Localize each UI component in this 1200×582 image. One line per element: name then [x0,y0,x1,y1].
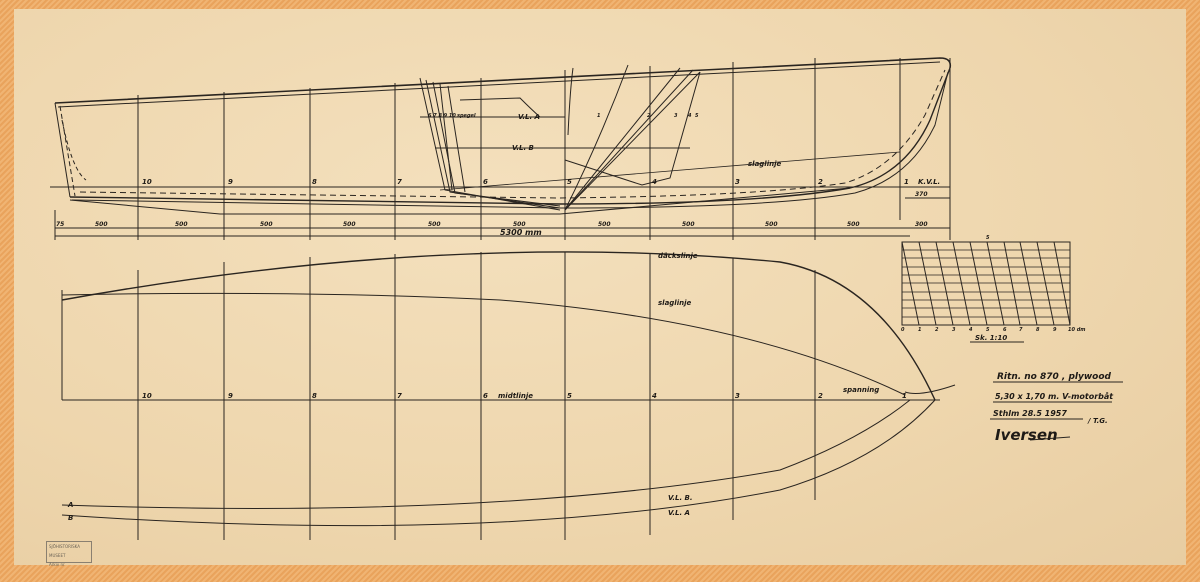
dim-500: 500 [343,221,356,228]
waterline-label-vla: V.L. A [518,113,540,121]
dim-500: 500 [765,221,778,228]
station-label: 3 [735,178,740,186]
station-label: 4 [652,178,657,186]
plan-station-label: 3 [735,392,740,400]
plan-station-label: 4 [652,392,657,400]
waterline-a-label: A [67,501,73,509]
dim-500: 500 [598,221,611,228]
waterline-label-kvl: K.V.L. [918,178,940,186]
stamp-line2: Arkiv nr [49,560,91,569]
chine-line-label: slaglinje [658,299,691,307]
scale-tick: 5 [986,327,990,333]
title-drawing-number: Ritn. no 870 , plywood [997,372,1112,382]
spegel-label: spegel [457,113,476,119]
title-date: Sthlm 28.5 1957 [993,409,1067,418]
section-label: 1 [597,113,600,119]
scale-tick: 1 [918,327,921,333]
center-line-label: midtlinje [498,392,533,400]
archive-stamp: SJÖHISTORISKA MUSEET Arkiv nr [46,541,92,563]
slaglinje-profile-label: slaglinje [748,160,781,168]
station-label: 6 [483,178,488,186]
scale-tick: 4 [969,327,973,333]
plan-station-label: 5 [567,392,572,400]
station-label: 10 [142,178,152,186]
title-boat-spec: 5,30 x 1,70 m. V-motorbåt [995,391,1114,401]
scale-label: Sk. 1:10 [975,334,1007,342]
dim-500: 500 [513,221,526,228]
deck-line-label: däckslinje [658,252,698,260]
scale-tick: 3 [952,327,956,333]
section-label: 2 [647,113,651,119]
station-label: 7 [397,178,402,186]
dim-75: 75 [56,221,64,228]
plan-station-label: 2 [818,392,823,400]
scale-tick: 8 [1036,327,1040,333]
scale-tick: 10 dm [1068,327,1086,333]
dim-500: 500 [95,221,108,228]
scale-tick: 0 [901,327,905,333]
section-label: 3 [674,113,678,119]
section-labels-aft: 6 7 8 9 10 [428,113,456,119]
station-label: 2 [818,178,823,186]
dim-500: 500 [175,221,188,228]
title-initials: / T.G. [1087,417,1108,425]
scale-tick: 2 [935,327,939,333]
plan-station-label: 10 [142,392,152,400]
section-label: 5 [695,113,699,119]
boat-lines-drawing: 10 9 8 7 6 5 4 3 2 1 V.L. A V.L. B K.V.L… [0,0,1200,582]
station-label: 5 [567,178,572,186]
dim-500: 500 [428,221,441,228]
waterline-label-vlb: V.L. B [512,144,534,152]
station-label: 9 [228,178,233,186]
dim-500: 500 [847,221,860,228]
spanning-label: spanning [843,386,879,394]
plan-station-label: 9 [228,392,233,400]
signature: Iversen [995,426,1058,444]
scale-tick: 6 [1003,327,1007,333]
station-label: 8 [312,178,317,186]
plan-station-label: 6 [483,392,488,400]
plan-station-label: 7 [397,392,402,400]
dim-370: 370 [915,191,928,198]
waterline-vlb-label: V.L. B. [668,494,693,502]
waterline-vla-label: V.L. A [668,509,690,517]
overall-length: 5300 mm [500,228,542,237]
dim-300: 300 [915,221,928,228]
section-label: 4 [688,113,692,119]
dim-500: 500 [682,221,695,228]
stamp-line1: SJÖHISTORISKA MUSEET [49,542,91,560]
plan-station-label: 8 [312,392,317,400]
scale-top-label: 5 [986,235,990,241]
station-label: 1 [904,178,909,186]
waterline-b-label: B [68,514,73,522]
scale-tick: 9 [1053,327,1057,333]
plan-station-label: 1 [902,392,907,400]
scale-tick: 7 [1019,327,1023,333]
dim-500: 500 [260,221,273,228]
